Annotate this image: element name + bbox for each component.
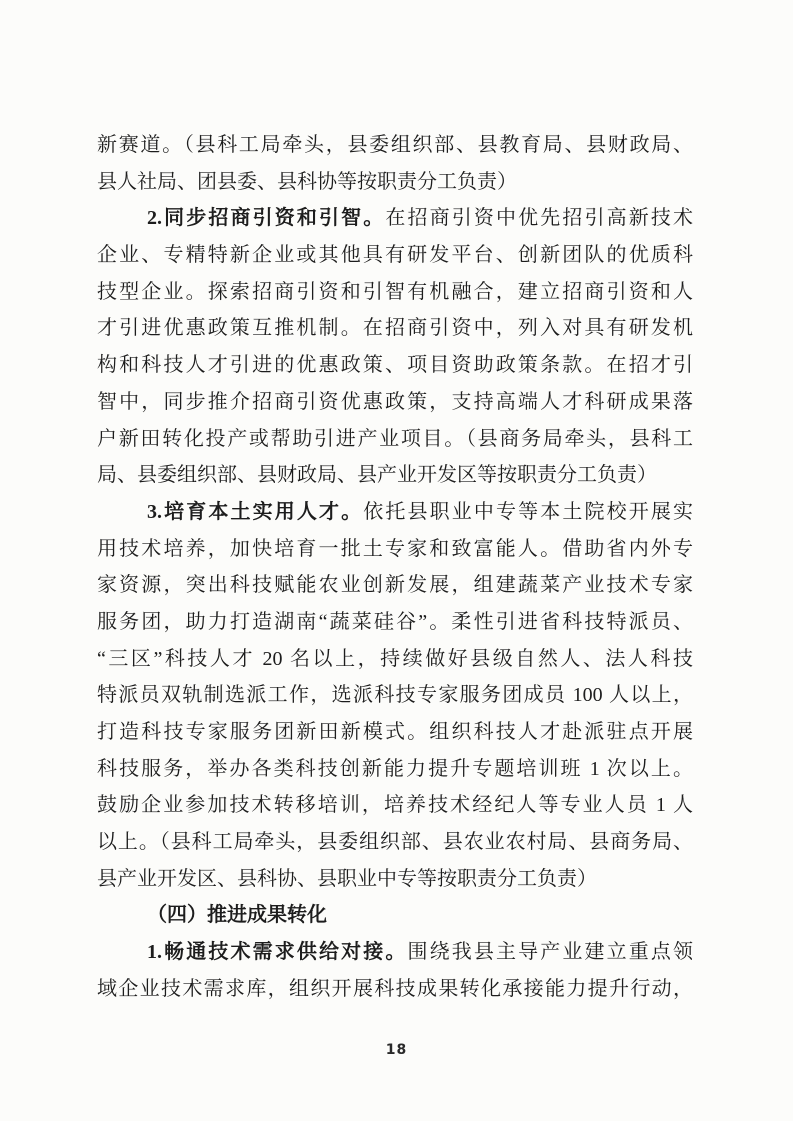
text-run: 依托县职业中专等本土院校开展实	[363, 501, 693, 523]
text-run: 家资源，突出科技赋能农业创新发展，组建蔬菜产业技术专家	[97, 574, 693, 596]
text-line: 技型企业。探索招商引资和引智有机融合，建立招商引资和人	[97, 274, 693, 311]
text-run: 域企业技术需求库，组织开展科技成果转化承接能力提升行动，	[97, 978, 693, 1000]
text-run: 新赛道。（县科工局牵头，县委组织部、县教育局、县财政局、	[97, 134, 693, 156]
text-line: （四）推进成果转化	[97, 897, 693, 934]
text-line: 打造科技专家服务团新田新模式。组织科技人才赴派驻点开展	[97, 714, 693, 751]
text-line: 县人社局、团县委、县科协等按职责分工负责）	[97, 164, 693, 201]
heading-run: 1.畅通技术需求供给对接。	[147, 941, 408, 963]
text-line: 局、县委组织部、县财政局、县产业开发区等按职责分工负责）	[97, 457, 693, 494]
text-run: “三区”科技人才 20 名以上，持续做好县级自然人、法人科技	[97, 648, 693, 670]
text-run: 智中，同步推介招商引资优惠政策，支持高端人才科研成果落	[97, 391, 693, 413]
text-line: 智中，同步推介招商引资优惠政策，支持高端人才科研成果落	[97, 384, 693, 421]
text-line: 特派员双轨制选派工作，选派科技专家服务团成员 100 人以上，	[97, 677, 693, 714]
text-run: 局、县委组织部、县财政局、县产业开发区等按职责分工负责）	[97, 464, 657, 486]
heading-run: 3.培育本土实用人才。	[147, 501, 363, 523]
document-page: 新赛道。（县科工局牵头，县委组织部、县教育局、县财政局、县人社局、团县委、县科协…	[0, 0, 793, 1121]
text-line: 以上。（县科工局牵头，县委组织部、县农业农村局、县商务局、	[97, 824, 693, 861]
text-run: 鼓励企业参加技术转移培训，培养技术经纪人等专业人员 1 人	[97, 794, 693, 816]
text-line: 用技术培养，加快培育一批土专家和致富能人。借助省内外专	[97, 531, 693, 568]
text-run: 县人社局、团县委、县科协等按职责分工负责）	[97, 171, 517, 193]
text-run: 打造科技专家服务团新田新模式。组织科技人才赴派驻点开展	[97, 721, 693, 743]
text-line: 县产业开发区、县科协、县职业中专等按职责分工负责）	[97, 861, 693, 898]
text-run: 用技术培养，加快培育一批土专家和致富能人。借助省内外专	[97, 538, 693, 560]
text-run: 围绕我县主导产业建立重点领	[408, 941, 694, 963]
heading-run: （四）推进成果转化	[147, 904, 327, 926]
text-run: 服务团，助力打造湖南“蔬菜硅谷”。柔性引进省科技特派员、	[97, 611, 693, 633]
text-line: 服务团，助力打造湖南“蔬菜硅谷”。柔性引进省科技特派员、	[97, 604, 693, 641]
text-line: 域企业技术需求库，组织开展科技成果转化承接能力提升行动，	[97, 971, 693, 1008]
text-line: 2.同步招商引资和引智。在招商引资中优先招引高新技术	[97, 200, 693, 237]
text-run: 以上。（县科工局牵头，县委组织部、县农业农村局、县商务局、	[97, 831, 693, 853]
text-line: 科技服务，举办各类科技创新能力提升专题培训班 1 次以上。	[97, 751, 693, 788]
page-number: 18	[0, 1042, 793, 1058]
text-run: 企业、专精特新企业或其他具有研发平台、创新团队的优质科	[97, 244, 693, 266]
text-line: “三区”科技人才 20 名以上，持续做好县级自然人、法人科技	[97, 641, 693, 678]
text-run: 户新田转化投产或帮助引进产业项目。（县商务局牵头，县科工	[97, 428, 693, 450]
heading-run: 2.同步招商引资和引智。	[147, 207, 385, 229]
text-run: 才引进优惠政策互推机制。在招商引资中，列入对具有研发机	[97, 317, 693, 339]
text-line: 鼓励企业参加技术转移培训，培养技术经纪人等专业人员 1 人	[97, 787, 693, 824]
text-line: 1.畅通技术需求供给对接。围绕我县主导产业建立重点领	[97, 934, 693, 971]
text-run: 在招商引资中优先招引高新技术	[385, 207, 693, 229]
text-run: 县产业开发区、县科协、县职业中专等按职责分工负责）	[97, 868, 597, 890]
text-line: 户新田转化投产或帮助引进产业项目。（县商务局牵头，县科工	[97, 421, 693, 458]
text-run: 科技服务，举办各类科技创新能力提升专题培训班 1 次以上。	[97, 758, 693, 780]
text-run: 特派员双轨制选派工作，选派科技专家服务团成员 100 人以上，	[97, 684, 693, 706]
text-line: 家资源，突出科技赋能农业创新发展，组建蔬菜产业技术专家	[97, 567, 693, 604]
text-line: 构和科技人才引进的优惠政策、项目资助政策条款。在招才引	[97, 347, 693, 384]
text-line: 企业、专精特新企业或其他具有研发平台、创新团队的优质科	[97, 237, 693, 274]
text-line: 才引进优惠政策互推机制。在招商引资中，列入对具有研发机	[97, 310, 693, 347]
text-run: 构和科技人才引进的优惠政策、项目资助政策条款。在招才引	[97, 354, 693, 376]
document-body: 新赛道。（县科工局牵头，县委组织部、县教育局、县财政局、县人社局、团县委、县科协…	[97, 127, 693, 1008]
text-line: 新赛道。（县科工局牵头，县委组织部、县教育局、县财政局、	[97, 127, 693, 164]
text-line: 3.培育本土实用人才。依托县职业中专等本土院校开展实	[97, 494, 693, 531]
text-run: 技型企业。探索招商引资和引智有机融合，建立招商引资和人	[97, 281, 693, 303]
